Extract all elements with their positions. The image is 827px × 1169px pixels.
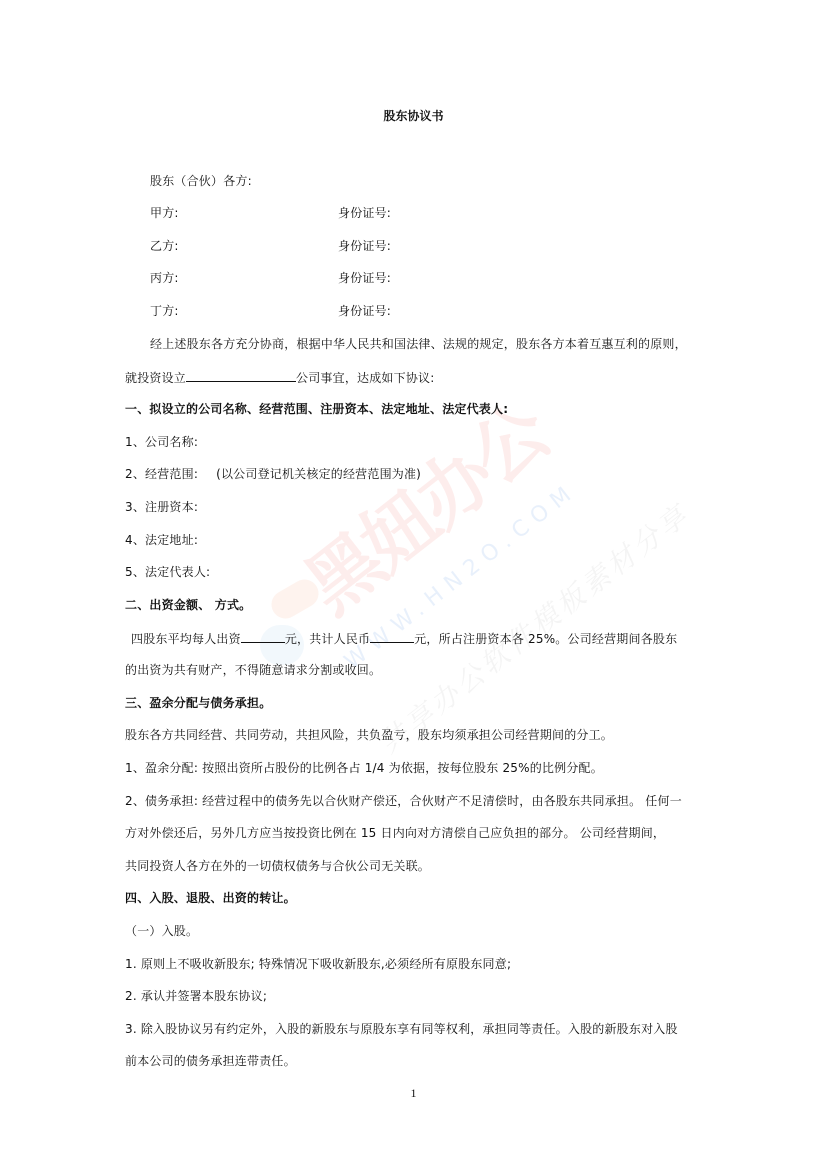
section-4-item-1: 1. 原则上不吸收新股东; 特殊情况下吸收新股东,必须经所有原股东同意; [125, 956, 511, 972]
party-d-label: 丁方: [150, 303, 179, 319]
party-b-label: 乙方: [150, 238, 179, 254]
section-3-item-2-line-3: 共同投资人各方在外的一切债权债务与合伙公司无关联。 [125, 858, 430, 874]
section-3-item-2-line-2: 方对外偿还后，另外几方应当按投资比例在 15 日内向对方清偿自己应负担的部分。 … [125, 825, 665, 841]
preamble-line-2: 就投资设立公司事宜，达成如下协议: [125, 369, 434, 386]
section-2-text: 元，共计人民币 [285, 632, 370, 646]
section-3-item-1: 1、盈余分配: 按照出资所占股份的比例各占 1/4 为依据，按每位股东 25%的… [125, 760, 603, 776]
party-c-label: 丙方: [150, 270, 179, 286]
party-c-id-label: 身份证号: [338, 270, 391, 286]
section-1-item-1: 1、公司名称: [125, 434, 198, 450]
watermark-script-text: 共享办公软件模板素材分享 [370, 494, 697, 762]
section-4-item-3-line-2: 前本公司的债务承担连带责任。 [125, 1053, 296, 1069]
section-1-item-4: 4、法定地址: [125, 532, 198, 548]
preamble-prefix: 就投资设立 [125, 371, 186, 385]
section-1-item-2-note: (以公司登记机关核定的经营范围为准) [216, 467, 421, 481]
section-1-item-2: 2、经营范围:(以公司登记机关核定的经营范围为准) [125, 466, 421, 482]
party-d-id-label: 身份证号: [338, 303, 391, 319]
page-number: 1 [0, 1086, 827, 1101]
parties-heading: 股东（合伙）各方: [150, 173, 252, 189]
section-2-heading: 二、出资金额、 方式。 [125, 597, 251, 613]
company-name-blank [186, 369, 296, 382]
section-2-para-line-1: 四股东平均每人出资元，共计人民币元，所占注册资本各 25%。公司经营期间各股东 [131, 630, 677, 647]
section-1-item-2-label: 2、经营范围: [125, 467, 198, 481]
section-3-heading: 三、盈余分配与债务承担。 [125, 695, 271, 711]
section-4-item-2: 2. 承认并签署本股东协议; [125, 988, 267, 1004]
section-2-text: 元，所占注册资本各 25%。公司经营期间各股东 [414, 632, 677, 646]
preamble-line-1: 经上述股东各方充分协商，根据中华人民共和国法律、法规的规定，股东各方本着互惠互利… [150, 336, 687, 352]
investment-amount-blank [241, 630, 285, 643]
section-1-item-3: 3、注册资本: [125, 499, 198, 515]
document-page: 黑妞办公 WWW.HN2O.COM 共享办公软件模板素材分享 股东协议书 股东（… [0, 0, 827, 1169]
section-3-intro: 股东各方共同经营、共同劳动，共担风险，共负盈亏，股东均须承担公司经营期间的分工。 [125, 727, 613, 743]
document-title: 股东协议书 [0, 108, 827, 124]
section-4-subheading: （一）入股。 [125, 923, 198, 939]
preamble-suffix: 公司事宜，达成如下协议: [296, 371, 434, 385]
total-amount-blank [370, 630, 414, 643]
section-1-heading: 一、拟设立的公司名称、经营范围、注册资本、法定地址、法定代表人: [125, 401, 508, 417]
section-2-para-line-2: 的出资为共有财产，不得随意请求分割或收回。 [125, 662, 381, 678]
section-4-heading: 四、入股、退股、出资的转让。 [125, 890, 296, 906]
party-a-label: 甲方: [150, 205, 179, 221]
section-3-item-2-line-1: 2、债务承担: 经营过程中的债务先以合伙财产偿还，合伙财产不足清偿时，由各股东共… [125, 793, 682, 809]
section-1-item-5: 5、法定代表人: [125, 564, 210, 580]
watermark-logo-shape [266, 574, 323, 623]
party-b-id-label: 身份证号: [338, 238, 391, 254]
section-4-item-3-line-1: 3. 除入股协议另有约定外，入股的新股东与原股东享有同等权利，承担同等责任。入股… [125, 1021, 678, 1037]
party-a-id-label: 身份证号: [338, 205, 391, 221]
section-2-text: 四股东平均每人出资 [131, 632, 241, 646]
